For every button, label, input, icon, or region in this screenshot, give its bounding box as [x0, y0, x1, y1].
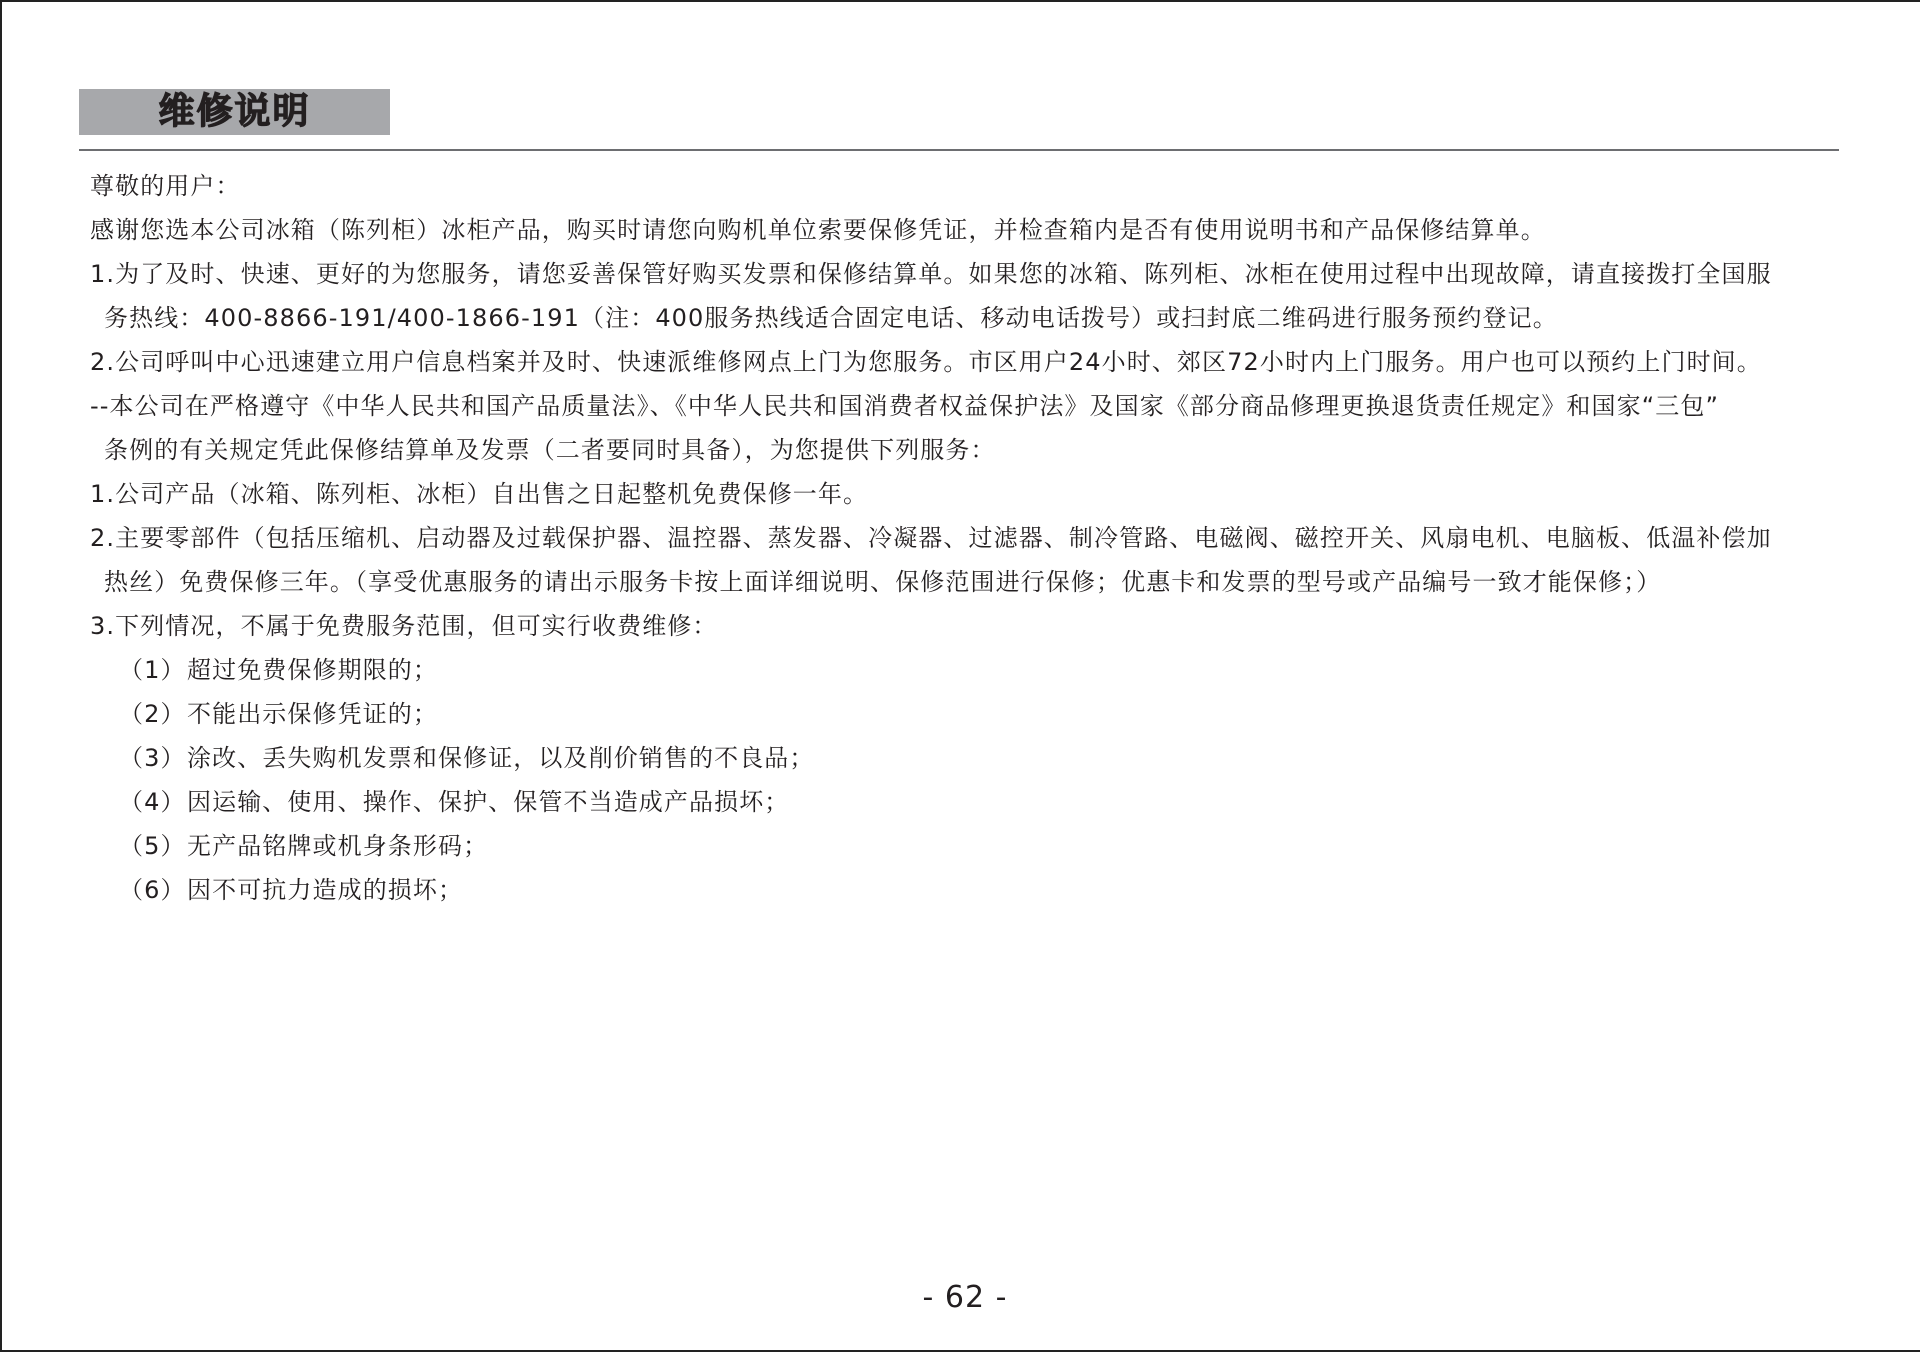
exclusion-item: （3）涂改、丢失购机发票和保修证，以及削价销售的不良品； — [119, 736, 815, 780]
exclusion-item: （6）因不可抗力造成的损坏； — [119, 868, 463, 912]
exclusion-text: 无产品铭牌或机身条形码； — [187, 832, 488, 860]
service-item-1-line-2: 务热线：400-8866-191/400-1866-191（注：400服务热线适… — [104, 296, 1558, 340]
title-divider — [79, 149, 1839, 151]
exclusion-item: （1）超过免费保修期限的； — [119, 648, 438, 692]
legal-basis-line-2: 条例的有关规定凭此保修结算单及发票（二者要同时具备），为您提供下列服务： — [104, 428, 996, 472]
exclusion-text: 涂改、丢失购机发票和保修证，以及削价销售的不良品； — [187, 744, 815, 772]
exclusion-number: （3） — [119, 736, 187, 780]
exclusion-text: 超过免费保修期限的； — [187, 656, 438, 684]
warranty-term-2-line-1: 2.主要零部件（包括压缩机、启动器及过载保护器、温控器、蒸发器、冷凝器、过滤器、… — [90, 516, 1772, 560]
exclusion-text: 不能出示保修凭证的； — [187, 700, 438, 728]
section-title: 维修说明 — [79, 89, 390, 135]
exclusion-item: （5）无产品铭牌或机身条形码； — [119, 824, 488, 868]
page-number: - 62 - — [0, 1278, 1920, 1318]
exclusion-item: （2）不能出示保修凭证的； — [119, 692, 438, 736]
warranty-term-1: 1.公司产品（冰箱、陈列柜、冰柜）自出售之日起整机免费保修一年。 — [90, 472, 868, 516]
exclusion-number: （5） — [119, 824, 187, 868]
exclusion-text: 因运输、使用、操作、保护、保管不当造成产品损坏； — [187, 788, 789, 816]
exclusion-number: （1） — [119, 648, 187, 692]
warranty-term-2-line-2: 热丝）免费保修三年。（享受优惠服务的请出示服务卡按上面详细说明、保修范围进行保修… — [104, 560, 1661, 604]
legal-basis-line-1: --本公司在严格遵守《中华人民共和国产品质量法》、《中华人民共和国消费者权益保护… — [90, 384, 1719, 428]
exclusion-text: 因不可抗力造成的损坏； — [187, 876, 463, 904]
intro-paragraph: 感谢您选本公司冰箱（陈列柜）冰柜产品，购买时请您向购机单位索要保修凭证，并检查箱… — [90, 208, 1546, 252]
service-item-1-line-1: 1.为了及时、快速、更好的为您服务，请您妥善保管好购买发票和保修结算单。如果您的… — [90, 252, 1772, 296]
exclusion-number: （2） — [119, 692, 187, 736]
exclusion-item: （4）因运输、使用、操作、保护、保管不当造成产品损坏； — [119, 780, 789, 824]
exclusion-number: （6） — [119, 868, 187, 912]
service-item-2: 2.公司呼叫中心迅速建立用户信息档案并及时、快速派维修网点上门为您服务。市区用户… — [90, 340, 1762, 384]
greeting: 尊敬的用户： — [90, 164, 241, 208]
warranty-term-3: 3.下列情况，不属于免费服务范围，但可实行收费维修： — [90, 604, 718, 648]
exclusion-number: （4） — [119, 780, 187, 824]
